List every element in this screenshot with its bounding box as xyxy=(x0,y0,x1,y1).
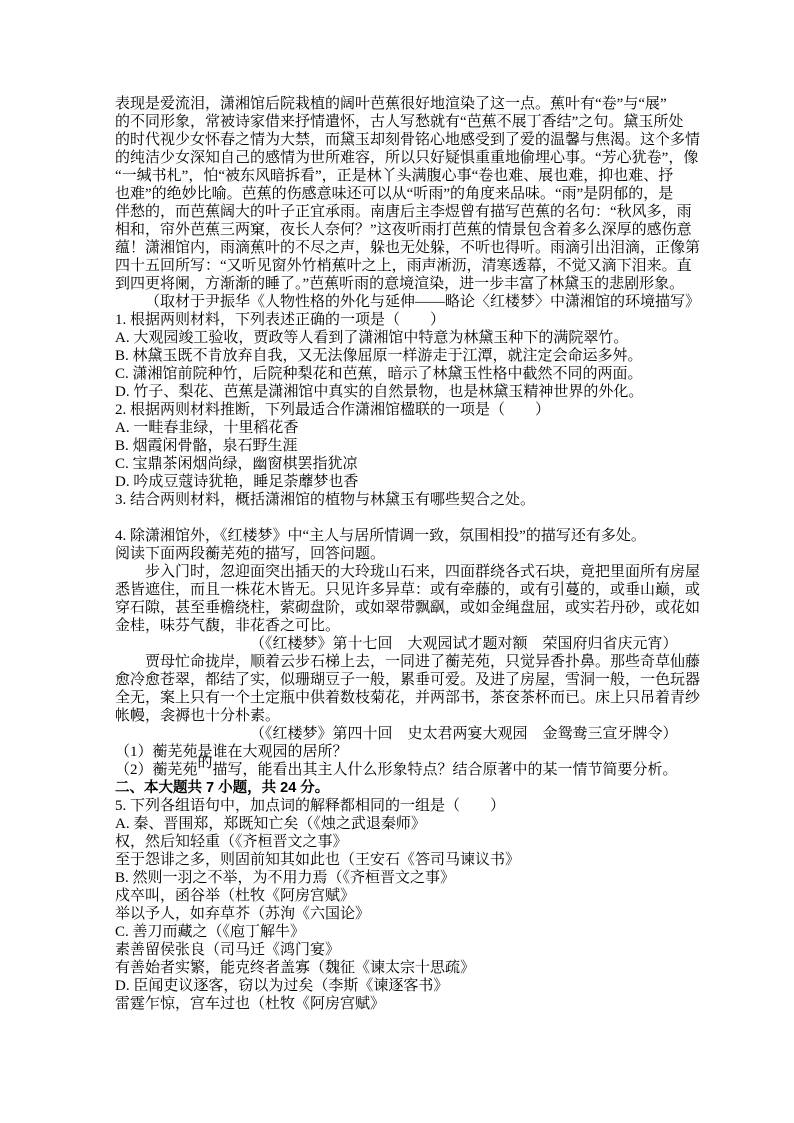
question-1: 1. 根据两则材料，下列表述正确的一项是（ ） xyxy=(115,311,685,329)
material-paragraph-line: 表现是爱流泪，潇湘馆后院栽植的阔叶芭蕉很好地渲染了这一点。蕉叶有“卷”与“展” xyxy=(115,95,685,113)
question-4-continued: 阅读下面两段蘅芜苑的描写，回答问题。 xyxy=(115,545,685,563)
question-1-option-a: A. 大观园竣工验收，贾政等人看到了潇湘馆中特意为林黛玉种下的满院翠竹。 xyxy=(115,329,685,347)
material-paragraph-line: 也难”的绝妙比喻。芭蕉的伤感意味还可以从“听雨”的角度来品味。“雨”是阴郁的，是 xyxy=(115,185,685,203)
exam-page: 表现是爱流泪，潇湘馆后院栽植的阔叶芭蕉很好地渲染了这一点。蕉叶有“卷”与“展”的… xyxy=(0,0,794,1123)
question-2-option-a: A. 一畦春韭绿，十里稻花香 xyxy=(115,419,685,437)
chapter-attribution-17: （《红楼梦》第十七回 大观园试才题对额 荣国府归省庆元宵） xyxy=(115,635,685,653)
question-5-option-a-line: 至于怨诽之多，则固前知其如此也（王安石《答司马谏议书》 xyxy=(115,851,685,869)
question-4-sub-2: （2）蘅芜苑的描写，能看出其主人什么形象特点？结合原著中的某一情节简要分析。 xyxy=(115,761,685,779)
material-source-line: （取材于尹振华《人物性格的外化与延伸——略论〈红楼梦〉中潇湘馆的环境描写》 xyxy=(115,293,685,311)
question-5-option-d: D. 臣闻吏议逐客，窃以为过矣（李斯《谏逐客书》 xyxy=(115,977,685,995)
hengwu-passage-2-line: 帐幔，衾褥也十分朴素。 xyxy=(115,707,685,725)
hengwu-passage-2-line: 全无，案上只有一个土定瓶中供着数枝菊花，并两部书，茶奁茶杯而已。床上只吊着青纱 xyxy=(115,689,685,707)
question-2-option-c: C. 宝鼎茶闲烟尚绿，幽窗棋罢指犹凉 xyxy=(115,455,685,473)
section-2-header: 二、本大题共 7 小题，共 24 分。 xyxy=(115,779,685,797)
question-2: 2. 根据两则材料推断，下列最适合作潇湘馆楹联的一项是（ ） xyxy=(115,401,685,419)
material-paragraph-line: 的不同形象，常被诗家借来抒情遣怀，古人写愁就有“芭蕉不展丁香结”之句。黛玉所处 xyxy=(115,113,685,131)
hengwu-passage-1-line: 悉皆遮住，而且一株花木皆无。只见许多异草：或有牵藤的，或有引蔓的，或垂山巅，或 xyxy=(115,581,685,599)
question-1-option-c: C. 潇湘馆前院种竹，后院种梨花和芭蕉，暗示了林黛玉性格中截然不同的两面。 xyxy=(115,365,685,383)
question-5-option-b-line: 举以予人，如弃草芥（苏洵《六国论》 xyxy=(115,905,685,923)
question-5-option-c: C. 善刀而藏之（《庖丁解牛》 xyxy=(115,923,685,941)
hengwu-passage-2-line: 贾母忙命拢岸，顺着云步石梯上去，一同进了蘅芜苑，只觉异香扑鼻。那些奇草仙藤 xyxy=(115,653,685,671)
question-5-option-a: A. 秦、晋围郑，郑既知亡矣（《烛之武退秦师》 xyxy=(115,815,685,833)
question-2-option-d: D. 吟成豆蔻诗犹艳，睡足荼蘼梦也香 xyxy=(115,473,685,491)
material-paragraph-line: 伴愁的，而芭蕉阔大的叶子正宜承雨。南唐后主李煜曾有描写芭蕉的名句：“秋风多，雨 xyxy=(115,203,685,221)
hengwu-passage-2-line: 愈冷愈苍翠，都结了实，似珊瑚豆子一般，累垂可爱。及进了房屋，雪洞一般，一色玩器 xyxy=(115,671,685,689)
chapter-attribution-40: （《红楼梦》第四十回 史太君两宴大观园 金鸳鸯三宣牙牌令） xyxy=(115,725,685,743)
hengwu-passage-1-line: 步入门时，忽迎面突出插天的大玲珑山石来，四面群绕各式石块，竟把里面所有房屋 xyxy=(115,563,685,581)
material-paragraph-line: 的时代视少女怀春之情为大禁，而黛玉却刻骨铭心地感受到了爱的温馨与焦渴。这个多情 xyxy=(115,131,685,149)
question-5-option-a-line: 权，然后知轻重（《齐桓晋文之事》 xyxy=(115,833,685,851)
hengwu-passage-1-line: 金桂，味芬气馥，非花香之可比。 xyxy=(115,617,685,635)
material-paragraph-line: 蕴！潇湘馆内，雨滴蕉叶的不尽之声，躲也无处躲，不听也得听。雨滴引出泪滴，正像第 xyxy=(115,239,685,257)
question-5-option-d-line: 雷霆乍惊，宫车过也（杜牧《阿房宫赋》 xyxy=(115,995,685,1013)
question-4: 4. 除潇湘馆外，《红楼梦》中“主人与居所情调一致，氛围相投”的描写还有多处。 xyxy=(115,527,685,545)
hengwu-passage-1-line: 穿石隙，甚至垂檐绕柱，萦砌盘阶，或如翠带飘飖，或如金绳盘屈，或实若丹砂，或花如 xyxy=(115,599,685,617)
question-5: 5. 下列各组语句中，加点词的解释都相同的一组是（ ） xyxy=(115,797,685,815)
exam-page-content: 表现是爱流泪，潇湘馆后院栽植的阔叶芭蕉很好地渲染了这一点。蕉叶有“卷”与“展”的… xyxy=(115,95,685,1013)
material-paragraph-line: 到四更将阑，方渐渐的睡了。”芭蕉听雨的意境渲染，进一步丰富了林黛玉的悲剧形象。 xyxy=(115,275,685,293)
question-5-option-c-line: 有善始者实繁，能克终者盖寡（魏征《谏太宗十思疏》 xyxy=(115,959,685,977)
material-paragraph-line: 的纯洁少女深知自己的感情为世所难容，所以只好疑惧重重地偷埋心事。“芳心犹卷”，像 xyxy=(115,149,685,167)
superscript-text: 的 xyxy=(198,754,213,772)
spacer-line xyxy=(115,509,685,527)
question-2-option-b: B. 烟霞闲骨骼，泉石野生涯 xyxy=(115,437,685,455)
question-5-option-b: B. 然则一羽之不举，为不用力焉（《齐桓晋文之事》 xyxy=(115,869,685,887)
question-5-option-c-line: 素善留侯张良（司马迁《鸿门宴》 xyxy=(115,941,685,959)
question-5-option-b-line: 戍卒叫，函谷举（杜牧《阿房宫赋》 xyxy=(115,887,685,905)
question-1-option-b: B. 林黛玉既不肯放弃自我，又无法像屈原一样游走于江潭，就注定会命运多舛。 xyxy=(115,347,685,365)
material-paragraph-line: 四十五回所写：“又听见窗外竹梢蕉叶之上，雨声淅沥，清寒透幕，不觉又滴下泪来。直 xyxy=(115,257,685,275)
material-paragraph-line: “一缄书札”，怕“被东风暗拆看”，正是林丫头满腹心事“卷也难、展也难，抑也难、抒 xyxy=(115,167,685,185)
question-3: 3. 结合两则材料，概括潇湘馆的植物与林黛玉有哪些契合之处。 xyxy=(115,491,685,509)
material-paragraph-line: 相和，帘外芭蕉三两窠，夜长人奈何？”这夜听雨打芭蕉的情景包含着多么深厚的感伤意 xyxy=(115,221,685,239)
question-1-option-d: D. 竹子、梨花、芭蕉是潇湘馆中真实的自然景物，也是林黛玉精神世界的外化。 xyxy=(115,383,685,401)
